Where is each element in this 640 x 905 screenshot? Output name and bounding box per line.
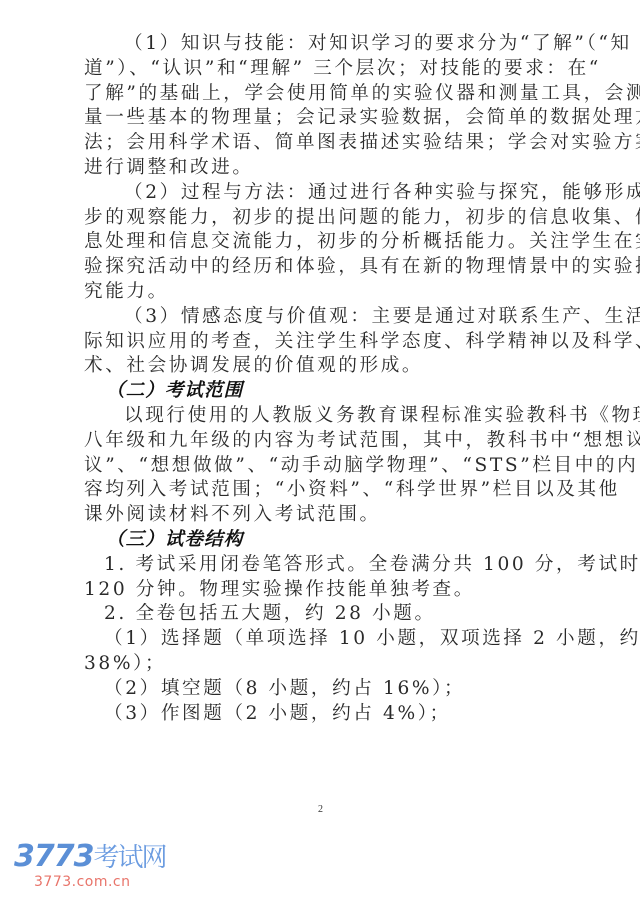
paragraph-line: 法；会用科学术语、简单图表描述实验结果；学会对实验方案 (84, 131, 554, 156)
paragraph-line: 120 分钟。物理实验操作技能单独考查。 (84, 578, 554, 603)
watermark-brand: 3773考试网 (14, 842, 184, 873)
paragraph-line: 议”、“想想做做”、“动手动脑学物理”、“STS”栏目中的内 (84, 454, 554, 479)
paragraph-line: 量一些基本的物理量；会记录实验数据，会简单的数据处理方 (84, 106, 554, 131)
paragraph-line: 术、社会协调发展的价值观的形成。 (84, 354, 554, 379)
paragraph-line: 究能力。 (84, 280, 554, 305)
paragraph-line: 课外阅读材料不列入考试范围。 (84, 503, 554, 528)
watermark-brand-number: 3773 (14, 839, 94, 874)
list-item-line: （2）填空题（8 小题，约占 16%）； (84, 677, 554, 702)
watermark-brand-text: 考试网 (94, 843, 166, 873)
paragraph-line: 容均列入考试范围；“小资料”、“科学世界”栏目以及其他 (84, 478, 554, 503)
list-item-line: （3）作图题（2 小题，约占 4%）； (84, 702, 554, 727)
paragraph-line: 进行调整和改进。 (84, 156, 554, 181)
document-page: （1）知识与技能：对知识学习的要求分为“了解”（“知 道”）、“认识”和“理解”… (84, 32, 554, 726)
section-heading-paper-structure: （三）试卷结构 (84, 528, 554, 553)
list-item-line: （1）选择题（单项选择 10 小题，双项选择 2 小题，约占 (84, 627, 554, 652)
paragraph-line: 2. 全卷包括五大题，约 28 小题。 (84, 602, 554, 627)
paragraph-line: 以现行使用的人教版义务教育课程标准实验教科书《物理》 (84, 404, 554, 429)
paragraph-line: 道”）、“认识”和“理解” 三个层次；对技能的要求：在“ (84, 57, 554, 82)
paragraph-line: 1. 考试采用闭卷笔答形式。全卷满分共 100 分，考试时间 (84, 553, 554, 578)
paragraph-line: 八年级和九年级的内容为考试范围，其中，教科书中“想想议 (84, 429, 554, 454)
paragraph-line: 验探究活动中的经历和体验，具有在新的物理情景中的实验探 (84, 255, 554, 280)
site-watermark-logo: 3773考试网 3773.com.cn (14, 842, 184, 891)
paragraph-line: 际知识应用的考查，关注学生科学态度、科学精神以及科学、技 (84, 330, 554, 355)
paragraph-line: 了解”的基础上，学会使用简单的实验仪器和测量工具，会测 (84, 82, 554, 107)
paragraph-line: （2）过程与方法：通过进行各种实验与探究，能够形成初 (84, 181, 554, 206)
watermark-url: 3773.com.cn (14, 873, 184, 891)
paragraph-line: 步的观察能力，初步的提出问题的能力，初步的信息收集、信 (84, 206, 554, 231)
section-heading-exam-scope: （二）考试范围 (84, 379, 554, 404)
list-item-line: 38%）； (84, 652, 554, 677)
paragraph-line: （1）知识与技能：对知识学习的要求分为“了解”（“知 (84, 32, 554, 57)
paragraph-line: （3）情感态度与价值观：主要是通过对联系生产、生活实 (84, 305, 554, 330)
page-number: 2 (318, 804, 323, 815)
paragraph-line: 息处理和信息交流能力，初步的分析概括能力。关注学生在实 (84, 230, 554, 255)
